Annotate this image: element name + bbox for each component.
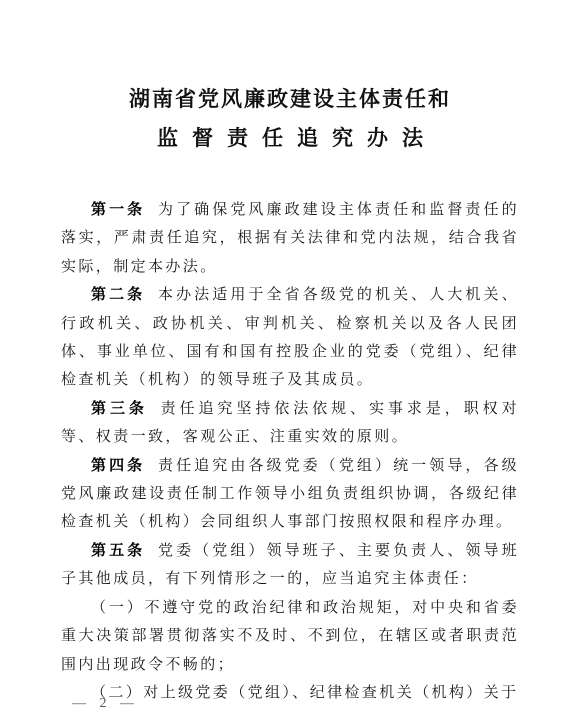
paragraph-article-3: 第三条责任追究坚持依法依规、实事求是，职权对等、权责一致，客观公正、注重实效的原… [61, 395, 519, 452]
document-title: 湖南省党风廉政建设主体责任和 监督责任追究办法 [0, 0, 580, 158]
paragraph-article-5: 第五条党委（党组）领导班子、主要负责人、领导班子其他成员，有下列情形之一的，应当… [61, 537, 519, 594]
paragraph-item-1: （一）不遵守党的政治纪律和政治规矩，对中央和省委重大决策部署贯彻落实不及时、不到… [61, 594, 519, 679]
document-title-line-2: 监督责任追究办法 [0, 119, 580, 158]
page-number: — 2 — [72, 696, 139, 712]
article-3-label: 第三条 [91, 400, 148, 417]
document-body: 第一条为了确保党风廉政建设主体责任和监督责任的落实，严肃责任追究，根据有关法律和… [61, 196, 519, 707]
article-1-label: 第一条 [91, 201, 145, 218]
paragraph-article-4: 第四条责任追究由各级党委（党组）统一领导，各级党风廉政建设责任制工作领导小组负责… [61, 452, 519, 537]
document-page: 湖南省党风廉政建设主体责任和 监督责任追究办法 第一条为了确保党风廉政建设主体责… [0, 0, 580, 728]
article-5-label: 第五条 [91, 542, 145, 559]
item-1-text: （一）不遵守党的政治纪律和政治规矩，对中央和省委重大决策部署贯彻落实不及时、不到… [61, 600, 519, 673]
item-2-text: （二）对上级党委（党组）、纪律检查机关（机构）关于 [91, 685, 519, 701]
article-4-label: 第四条 [91, 457, 145, 474]
article-2-label: 第二条 [91, 286, 145, 303]
document-title-line-1: 湖南省党风廉政建设主体责任和 [0, 80, 580, 119]
paragraph-article-2: 第二条本办法适用于全省各级党的机关、人大机关、行政机关、政协机关、审判机关、检察… [61, 281, 519, 395]
paragraph-article-1: 第一条为了确保党风廉政建设主体责任和监督责任的落实，严肃责任追究，根据有关法律和… [61, 196, 519, 281]
